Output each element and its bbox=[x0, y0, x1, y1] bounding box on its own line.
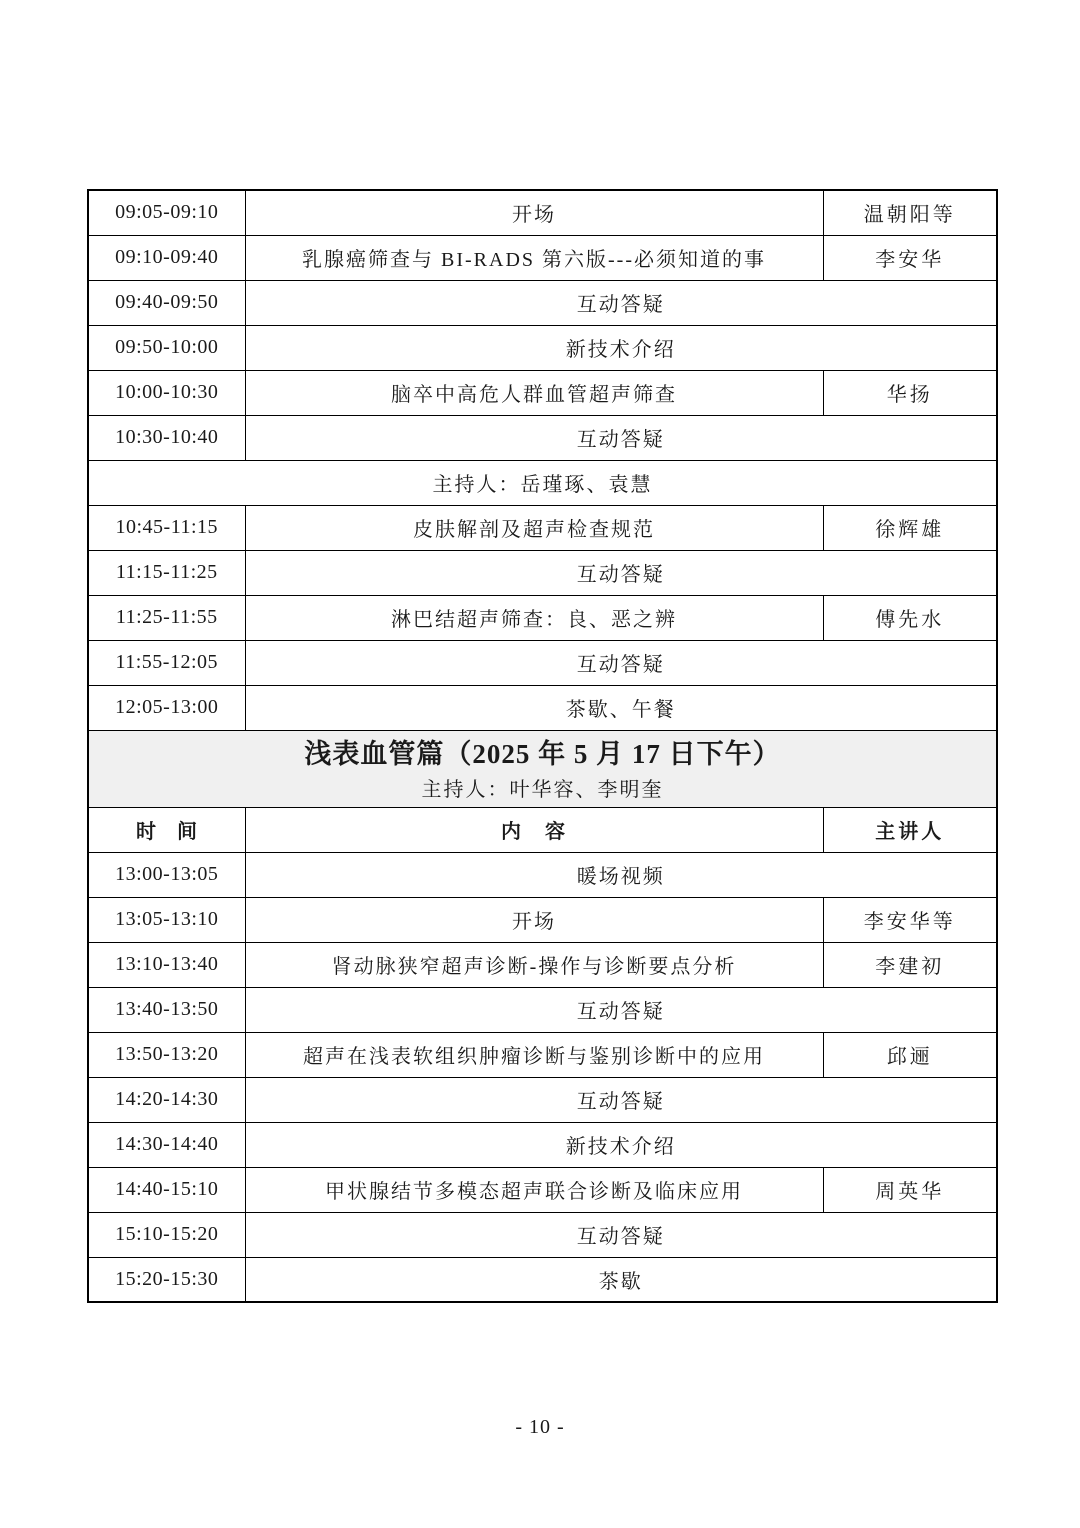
time-cell: 14:40-15:10 bbox=[88, 1167, 245, 1212]
time-cell: 13:05-13:10 bbox=[88, 897, 245, 942]
schedule-row: 14:30-14:40 新技术介绍 bbox=[88, 1122, 997, 1167]
content-cell: 互动答疑 bbox=[245, 415, 997, 460]
schedule-row: 09:40-09:50 互动答疑 bbox=[88, 280, 997, 325]
speaker-cell: 华扬 bbox=[823, 370, 997, 415]
speaker-header-cell: 主讲人 bbox=[823, 807, 997, 852]
content-cell: 肾动脉狭窄超声诊断-操作与诊断要点分析 bbox=[245, 942, 823, 987]
schedule-row: 13:40-13:50 互动答疑 bbox=[88, 987, 997, 1032]
schedule-row: 13:05-13:10 开场 李安华等 bbox=[88, 897, 997, 942]
time-cell: 10:45-11:15 bbox=[88, 505, 245, 550]
schedule-row: 10:30-10:40 互动答疑 bbox=[88, 415, 997, 460]
content-cell: 暖场视频 bbox=[245, 852, 997, 897]
content-cell: 脑卒中高危人群血管超声筛查 bbox=[245, 370, 823, 415]
schedule-row: 13:10-13:40 肾动脉狭窄超声诊断-操作与诊断要点分析 李建初 bbox=[88, 942, 997, 987]
speaker-cell: 徐辉雄 bbox=[823, 505, 997, 550]
content-cell: 茶歇 bbox=[245, 1257, 997, 1302]
time-header-cell: 时 间 bbox=[88, 807, 245, 852]
column-header-row: 时 间 内 容 主讲人 bbox=[88, 807, 997, 852]
time-cell: 13:10-13:40 bbox=[88, 942, 245, 987]
content-header-cell: 内 容 bbox=[245, 807, 823, 852]
schedule-row: 15:20-15:30 茶歇 bbox=[88, 1257, 997, 1302]
schedule-row: 10:45-11:15 皮肤解剖及超声检查规范 徐辉雄 bbox=[88, 505, 997, 550]
time-cell: 11:25-11:55 bbox=[88, 595, 245, 640]
time-cell: 15:20-15:30 bbox=[88, 1257, 245, 1302]
time-cell: 14:20-14:30 bbox=[88, 1077, 245, 1122]
page: { "colors": { "section_header_bg": "#f0f… bbox=[0, 0, 1080, 1528]
time-cell: 11:15-11:25 bbox=[88, 550, 245, 595]
section-title: 浅表血管篇（2025 年 5 月 17 日下午） bbox=[91, 735, 994, 772]
content-cell: 互动答疑 bbox=[245, 640, 997, 685]
section-header-cell: 浅表血管篇（2025 年 5 月 17 日下午） 主持人：叶华容、李明奎 bbox=[88, 730, 997, 807]
content-cell: 乳腺癌筛查与 BI-RADS 第六版---必须知道的事 bbox=[245, 235, 823, 280]
content-cell: 互动答疑 bbox=[245, 987, 997, 1032]
content-cell: 甲状腺结节多模态超声联合诊断及临床应用 bbox=[245, 1167, 823, 1212]
content-cell: 互动答疑 bbox=[245, 1212, 997, 1257]
schedule-row: 13:50-13:20 超声在浅表软组织肿瘤诊断与鉴别诊断中的应用 邱逦 bbox=[88, 1032, 997, 1077]
content-cell: 皮肤解剖及超声检查规范 bbox=[245, 505, 823, 550]
time-cell: 15:10-15:20 bbox=[88, 1212, 245, 1257]
speaker-cell: 温朝阳等 bbox=[823, 190, 997, 235]
speaker-cell: 李安华等 bbox=[823, 897, 997, 942]
time-cell: 09:10-09:40 bbox=[88, 235, 245, 280]
speaker-cell: 周英华 bbox=[823, 1167, 997, 1212]
chair-cell: 主持人：岳瑾琢、袁慧 bbox=[88, 460, 997, 505]
schedule-row: 10:00-10:30 脑卒中高危人群血管超声筛查 华扬 bbox=[88, 370, 997, 415]
time-cell: 09:40-09:50 bbox=[88, 280, 245, 325]
schedule-row: 09:05-09:10 开场 温朝阳等 bbox=[88, 190, 997, 235]
time-cell: 12:05-13:00 bbox=[88, 685, 245, 730]
content-cell: 茶歇、午餐 bbox=[245, 685, 997, 730]
content-cell: 开场 bbox=[245, 190, 823, 235]
time-cell: 10:00-10:30 bbox=[88, 370, 245, 415]
content-cell: 互动答疑 bbox=[245, 280, 997, 325]
content-cell: 超声在浅表软组织肿瘤诊断与鉴别诊断中的应用 bbox=[245, 1032, 823, 1077]
section-header-row: 浅表血管篇（2025 年 5 月 17 日下午） 主持人：叶华容、李明奎 bbox=[88, 730, 997, 807]
content-cell: 互动答疑 bbox=[245, 1077, 997, 1122]
time-cell: 11:55-12:05 bbox=[88, 640, 245, 685]
time-cell: 09:05-09:10 bbox=[88, 190, 245, 235]
schedule-row: 15:10-15:20 互动答疑 bbox=[88, 1212, 997, 1257]
schedule-row: 11:15-11:25 互动答疑 bbox=[88, 550, 997, 595]
page-number: - 10 - bbox=[0, 1416, 1080, 1439]
speaker-cell: 邱逦 bbox=[823, 1032, 997, 1077]
time-cell: 13:50-13:20 bbox=[88, 1032, 245, 1077]
time-cell: 13:00-13:05 bbox=[88, 852, 245, 897]
chair-row: 主持人：岳瑾琢、袁慧 bbox=[88, 460, 997, 505]
content-cell: 新技术介绍 bbox=[245, 1122, 997, 1167]
schedule-row: 09:50-10:00 新技术介绍 bbox=[88, 325, 997, 370]
content-cell: 开场 bbox=[245, 897, 823, 942]
speaker-cell: 李安华 bbox=[823, 235, 997, 280]
schedule-row: 14:20-14:30 互动答疑 bbox=[88, 1077, 997, 1122]
speaker-cell: 傅先水 bbox=[823, 595, 997, 640]
schedule-row: 11:25-11:55 淋巴结超声筛查：良、恶之辨 傅先水 bbox=[88, 595, 997, 640]
schedule-row: 12:05-13:00 茶歇、午餐 bbox=[88, 685, 997, 730]
time-cell: 09:50-10:00 bbox=[88, 325, 245, 370]
schedule-row: 14:40-15:10 甲状腺结节多模态超声联合诊断及临床应用 周英华 bbox=[88, 1167, 997, 1212]
content-cell: 新技术介绍 bbox=[245, 325, 997, 370]
time-cell: 13:40-13:50 bbox=[88, 987, 245, 1032]
time-cell: 14:30-14:40 bbox=[88, 1122, 245, 1167]
schedule-table: 09:05-09:10 开场 温朝阳等 09:10-09:40 乳腺癌筛查与 B… bbox=[87, 189, 998, 1303]
schedule-row: 11:55-12:05 互动答疑 bbox=[88, 640, 997, 685]
content-cell: 互动答疑 bbox=[245, 550, 997, 595]
speaker-cell: 李建初 bbox=[823, 942, 997, 987]
content-cell: 淋巴结超声筛查：良、恶之辨 bbox=[245, 595, 823, 640]
section-chair: 主持人：叶华容、李明奎 bbox=[91, 778, 994, 802]
time-cell: 10:30-10:40 bbox=[88, 415, 245, 460]
schedule-row: 09:10-09:40 乳腺癌筛查与 BI-RADS 第六版---必须知道的事 … bbox=[88, 235, 997, 280]
schedule-row: 13:00-13:05 暖场视频 bbox=[88, 852, 997, 897]
schedule-container: 09:05-09:10 开场 温朝阳等 09:10-09:40 乳腺癌筛查与 B… bbox=[87, 189, 996, 1303]
